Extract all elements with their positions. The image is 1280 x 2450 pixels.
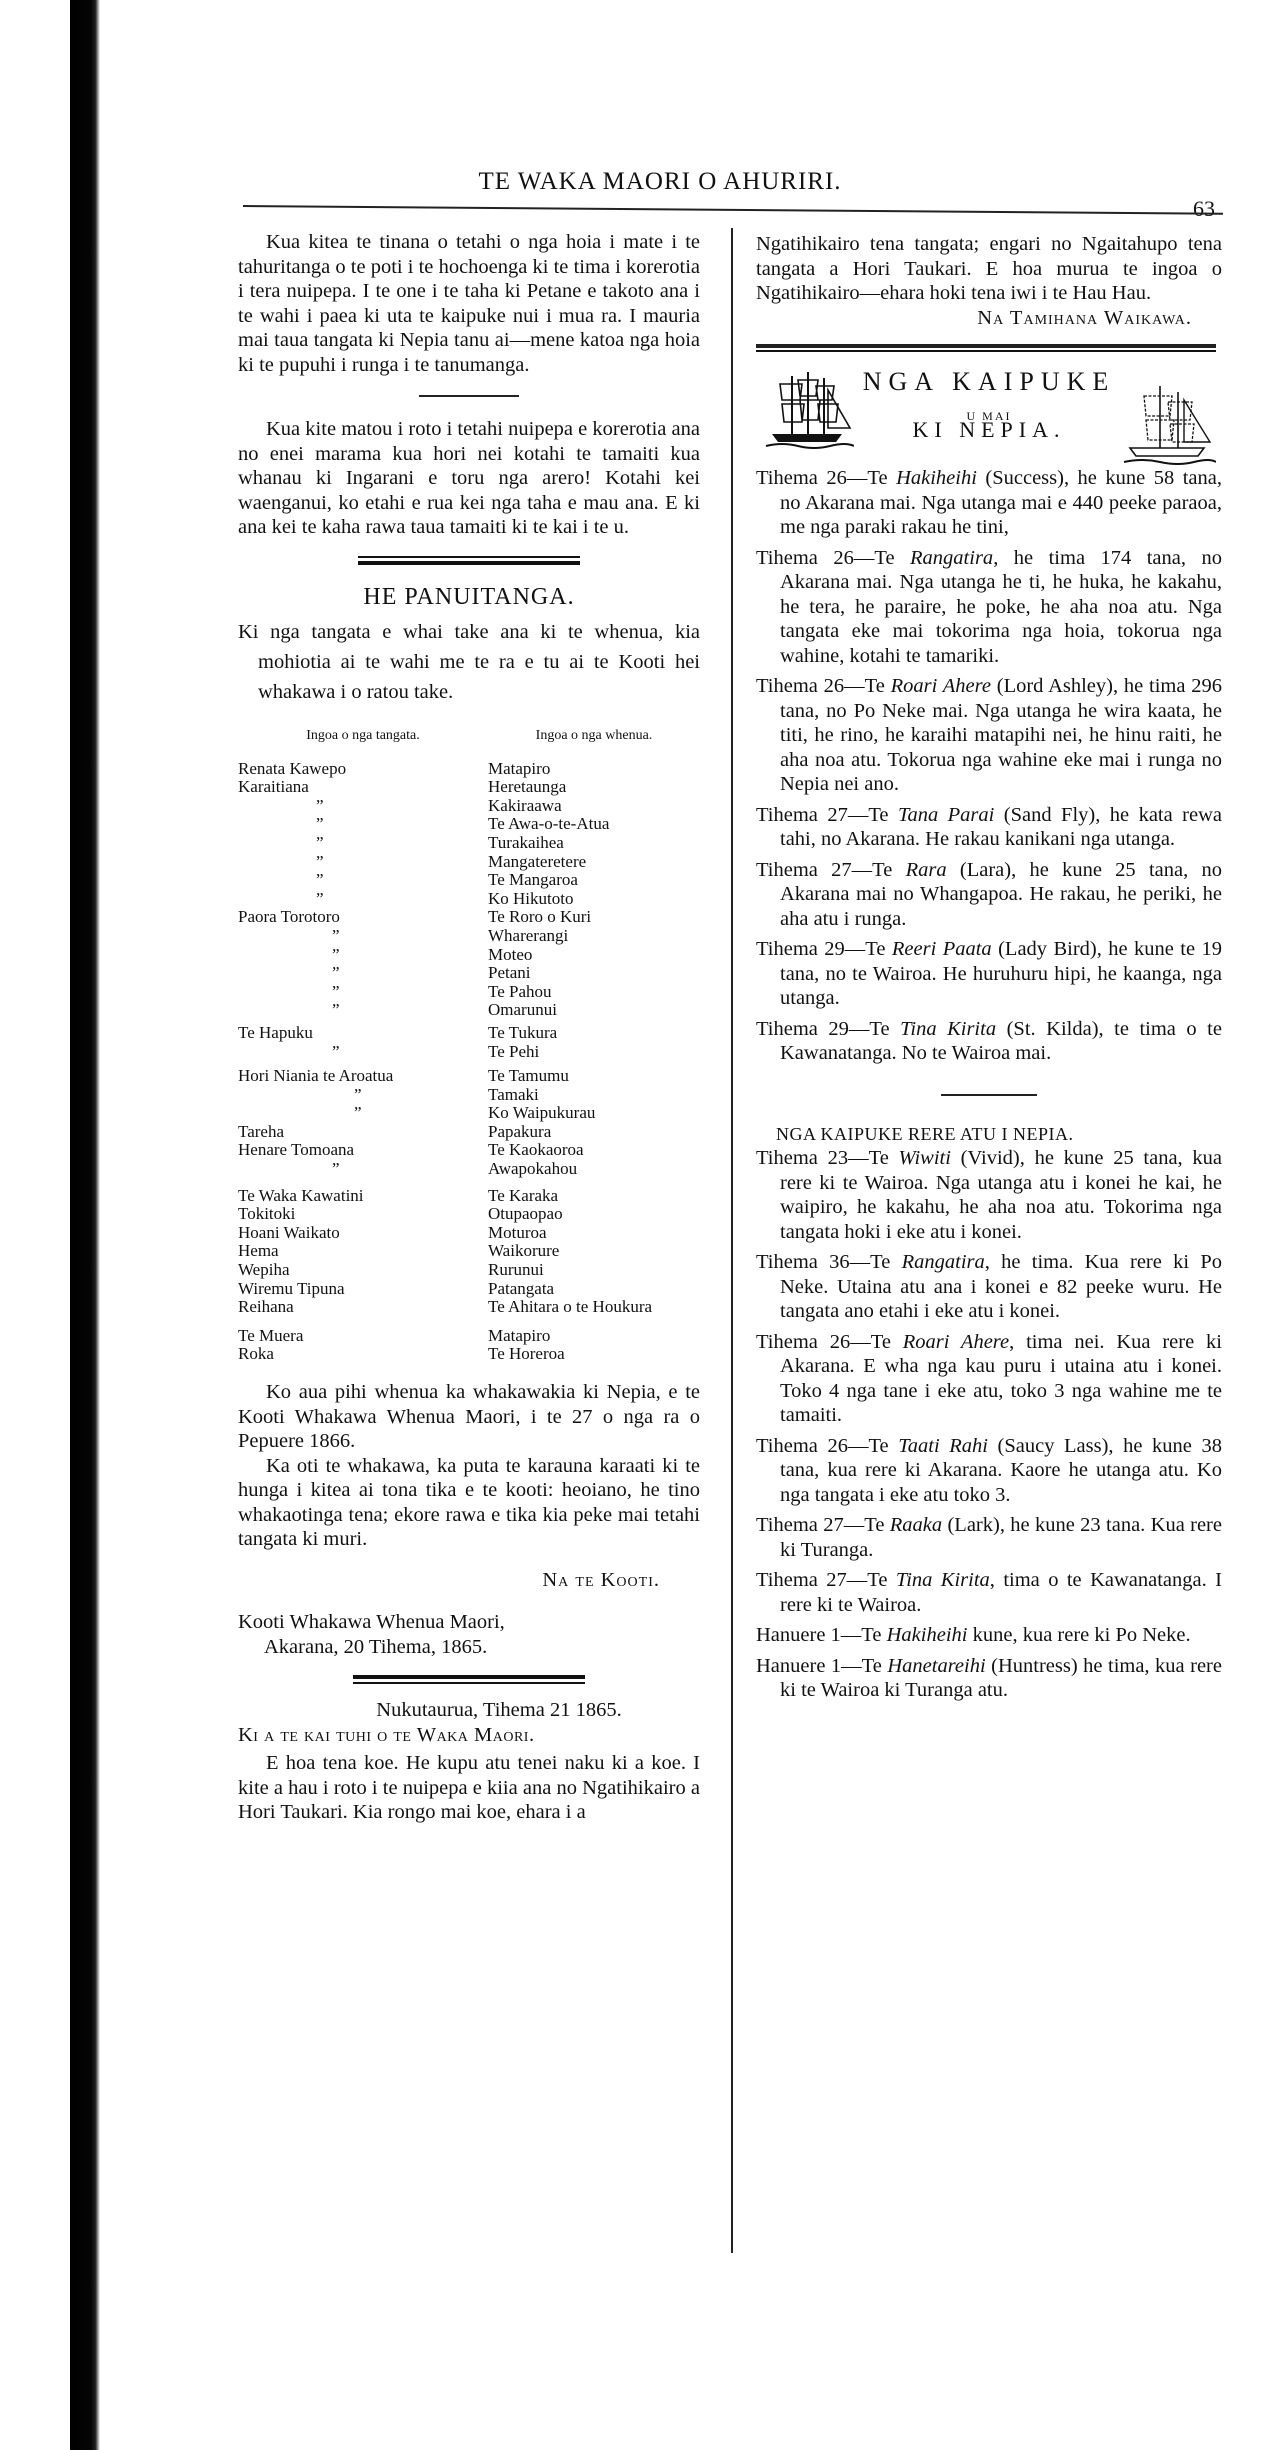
running-head: TE WAKA MAORI O AHURIRI.: [0, 168, 1280, 196]
entry-date: Tihema 26—Te: [756, 467, 896, 489]
table-cell-person: Tokitoki: [238, 1205, 488, 1224]
ship-name: Tina Kirita: [900, 1018, 996, 1040]
entry-date: Tihema 27—Te: [756, 1569, 896, 1591]
page-binding-edge: [70, 0, 100, 2450]
table-cell-person: Karaitiana: [238, 778, 488, 797]
notice-intro: Ki nga tangata e whai take ana ki te whe…: [238, 617, 700, 707]
notice-paragraph-grant: Ka oti te whakawa, ka puta te karauna ka…: [238, 1454, 700, 1552]
table-cell-person: ”: [238, 1086, 488, 1105]
entry-date: Tihema 23—Te: [756, 1147, 899, 1169]
table-cell-land: Te Pahou: [488, 983, 700, 1002]
table-cell-person: ”: [238, 871, 488, 890]
ship-name: Hanetareihi: [887, 1655, 985, 1677]
table-cell-land: Te Kaokaoroa: [488, 1141, 700, 1160]
double-rule: [353, 1675, 585, 1684]
table-cell-land: Matapiro: [488, 1327, 700, 1346]
table-cell-person: ”: [238, 1160, 488, 1179]
table-cell-person: Te Waka Kawatini: [238, 1187, 488, 1206]
table-cell-land: Turakaihea: [488, 834, 700, 853]
entry-date: Tihema 26—Te: [756, 1435, 898, 1457]
ship-name: Roari Ahere: [891, 675, 991, 697]
departures-title: NGA KAIPUKE RERE ATU I NEPIA.: [756, 1122, 1222, 1147]
table-cell-person: ”: [238, 983, 488, 1002]
court-place-date: Akarana, 20 Tihema, 1865.: [238, 1635, 700, 1660]
entry-date: Tihema 26—Te: [756, 1331, 903, 1353]
table-cell-person: Roka: [238, 1345, 488, 1364]
table-cell-person: Hema: [238, 1242, 488, 1261]
entry-date: Tihema 36—Te: [756, 1251, 902, 1273]
table-cell-land: Te Roro o Kuri: [488, 908, 700, 927]
news-paragraph-2: Kua kite matou i roto i tetahi nuipepa e…: [238, 417, 700, 540]
shipping-entry: Tihema 27—Te Rara (Lara), he kune 25 tan…: [756, 858, 1222, 932]
table-cell-land: Te Ahitara o te Houkura: [488, 1298, 700, 1317]
table-cell-person: Henare Tomoana: [238, 1141, 488, 1160]
table-cell-land: Te Tukura: [488, 1024, 700, 1043]
table-cell-person: ”: [238, 797, 488, 816]
left-column: Kua kitea te tinana o tetahi o nga hoia …: [238, 230, 700, 1825]
table-cell-person: ”: [238, 964, 488, 983]
entry-date: Tihema 26—Te: [756, 547, 910, 569]
departures-list: Tihema 23—Te Wiwiti (Vivid), he kune 25 …: [756, 1146, 1222, 1703]
shipping-entry: Tihema 29—Te Tina Kirita (St. Kilda), te…: [756, 1017, 1222, 1066]
double-rule: [358, 556, 580, 565]
table-cell-person: Wiremu Tipuna: [238, 1280, 488, 1299]
table-cell-person: Paora Torotoro: [238, 908, 488, 927]
table-cell-land: Tamaki: [488, 1086, 700, 1105]
table-cell-land: Te Awa-o-te-Atua: [488, 815, 700, 834]
shipping-entry: Tihema 26—Te Rangatira, he tima 174 tana…: [756, 546, 1222, 669]
shipping-entry: Tihema 26—Te Roari Ahere, tima nei. Kua …: [756, 1330, 1222, 1428]
table-cell-person: Reihana: [238, 1298, 488, 1317]
entry-date: Tihema 27—Te: [756, 859, 906, 881]
table-cell-land: Rurunui: [488, 1261, 700, 1280]
table-cell-land: Te Tamumu: [488, 1067, 700, 1086]
right-column: Ngatihikairo tena tangata; engari no Nga…: [756, 232, 1222, 1703]
shipping-entry: Hanuere 1—Te Hanetareihi (Huntress) he t…: [756, 1654, 1222, 1703]
shipping-entry: Tihema 27—Te Raaka (Lark), he kune 23 ta…: [756, 1513, 1222, 1562]
shipping-entry: Tihema 26—Te Roari Ahere (Lord Ashley), …: [756, 674, 1222, 797]
table-cell-land: Te Horeroa: [488, 1345, 700, 1364]
news-paragraph-1: Kua kitea te tinana o tetahi o nga hoia …: [238, 230, 700, 377]
table-cell-land: Wharerangi: [488, 927, 700, 946]
section-rule: [419, 395, 519, 397]
ship-name: Reeri Paata: [892, 938, 992, 960]
arrivals-banner: NGA KAIPUKE U MAI KI NEPIA.: [756, 370, 1222, 466]
shipping-entry: Tihema 27—Te Tana Parai (Sand Fly), he k…: [756, 803, 1222, 852]
page-number: 63: [1193, 196, 1215, 222]
shipping-entry: Tihema 26—Te Taati Rahi (Saucy Lass), he…: [756, 1434, 1222, 1508]
letter-dateline: Nukutaurua, Tihema 21 1865.: [238, 1698, 700, 1723]
table-cell-land: Te Karaka: [488, 1187, 700, 1206]
table-header-lands: Ingoa o nga whenua.: [488, 727, 700, 746]
notice-signature: Na te Kooti.: [238, 1568, 700, 1593]
header-rule: [243, 205, 1223, 215]
entry-details: kune, kua rere ki Po Neke.: [967, 1624, 1190, 1646]
ship-name: Hakiheihi: [896, 467, 977, 489]
table-cell-person: ”: [238, 890, 488, 909]
entry-date: Hanuere 1—Te: [756, 1624, 887, 1646]
table-cell-land: Waikorure: [488, 1242, 700, 1261]
table-cell-land: Kakiraawa: [488, 797, 700, 816]
table-cell-person: Tareha: [238, 1123, 488, 1142]
table-cell-land: Patangata: [488, 1280, 700, 1299]
entry-date: Tihema 26—Te: [756, 675, 891, 697]
shipping-entry: Tihema 29—Te Reeri Paata (Lady Bird), he…: [756, 937, 1222, 1011]
letter-salutation: Ki a te kai tuhi o te Waka Maori.: [238, 1723, 700, 1748]
letter-signature: Na Tamihana Waikawa.: [756, 306, 1222, 331]
table-cell-land: Petani: [488, 964, 700, 983]
entry-date: Tihema 29—Te: [756, 1018, 900, 1040]
shipping-entry: Hanuere 1—Te Hakiheihi kune, kua rere ki…: [756, 1623, 1222, 1648]
court-name: Kooti Whakawa Whenua Maori,: [238, 1610, 700, 1635]
entry-date: Tihema 29—Te: [756, 938, 892, 960]
table-cell-land: Moteo: [488, 946, 700, 965]
table-cell-land: Matapiro: [488, 760, 700, 779]
column-divider: [731, 228, 733, 2253]
shipping-entry: Tihema 23—Te Wiwiti (Vivid), he kune 25 …: [756, 1146, 1222, 1244]
table-cell-land: Awapokahou: [488, 1160, 700, 1179]
table-cell-land: Papakura: [488, 1123, 700, 1142]
ship-name: Rara: [906, 859, 947, 881]
table-cell-land: Ko Hikutoto: [488, 890, 700, 909]
ornamental-rule: [756, 344, 1216, 352]
table-cell-person: ”: [238, 853, 488, 872]
letter-body: E hoa tena koe. He kupu atu tenei naku k…: [238, 1751, 700, 1825]
table-cell-land: Heretaunga: [488, 778, 700, 797]
table-cell-person: Te Muera: [238, 1327, 488, 1346]
table-cell-land: Moturoa: [488, 1224, 700, 1243]
entry-date: Hanuere 1—Te: [756, 1655, 887, 1677]
land-claims-table: Ingoa o nga tangata. Ingoa o nga whenua.…: [238, 727, 700, 1364]
table-cell-person: ”: [238, 927, 488, 946]
letter-continuation: Ngatihikairo tena tangata; engari no Nga…: [756, 232, 1222, 306]
shipping-entry: Tihema 36—Te Rangatira, he tima. Kua rer…: [756, 1250, 1222, 1324]
table-cell-land: Te Pehi: [488, 1043, 700, 1062]
notice-heading: HE PANUITANGA.: [238, 585, 700, 610]
table-cell-land: Otupaopao: [488, 1205, 700, 1224]
section-rule: [941, 1094, 1037, 1096]
arrivals-list: Tihema 26—Te Hakiheihi (Success), he kun…: [756, 466, 1222, 1066]
table-cell-person: Hori Niania te Aroatua: [238, 1067, 488, 1086]
table-header-persons: Ingoa o nga tangata.: [238, 727, 488, 746]
table-cell-person: Hoani Waikato: [238, 1224, 488, 1243]
entry-date: Tihema 27—Te: [756, 804, 898, 826]
table-cell-person: Wepiha: [238, 1261, 488, 1280]
ship-name: Wiwiti: [899, 1147, 951, 1169]
table-cell-person: ”: [238, 1001, 488, 1020]
table-cell-person: Renata Kawepo: [238, 760, 488, 779]
ship-name: Roari Ahere: [903, 1331, 1009, 1353]
table-cell-land: Omarunui: [488, 1001, 700, 1020]
table-cell-land: Te Mangaroa: [488, 871, 700, 890]
ship-name: Hakiheihi: [887, 1624, 968, 1646]
ship-name: Tina Kirita: [896, 1569, 990, 1591]
entry-date: Tihema 27—Te: [756, 1514, 890, 1536]
table-cell-land: Ko Waipukurau: [488, 1104, 700, 1123]
table-cell-person: ”: [238, 815, 488, 834]
table-cell-person: ”: [238, 946, 488, 965]
shipping-entry: Tihema 27—Te Tina Kirita, tima o te Kawa…: [756, 1568, 1222, 1617]
ship-name: Tana Parai: [898, 804, 994, 826]
ship-name: Taati Rahi: [898, 1435, 988, 1457]
shipping-entry: Tihema 26—Te Hakiheihi (Success), he kun…: [756, 466, 1222, 540]
table-cell-person: ”: [238, 834, 488, 853]
table-cell-land: Mangateretere: [488, 853, 700, 872]
ship-name: Rangatira: [910, 547, 993, 569]
ship-icon: [1120, 382, 1216, 466]
ship-name: Rangatira: [902, 1251, 985, 1273]
table-cell-person: ”: [238, 1043, 488, 1062]
notice-paragraph-hearing: Ko aua pihi whenua ka whakawakia ki Nepi…: [238, 1380, 700, 1454]
ship-name: Raaka: [890, 1514, 942, 1536]
table-cell-person: Te Hapuku: [238, 1024, 488, 1043]
table-cell-person: ”: [238, 1104, 488, 1123]
